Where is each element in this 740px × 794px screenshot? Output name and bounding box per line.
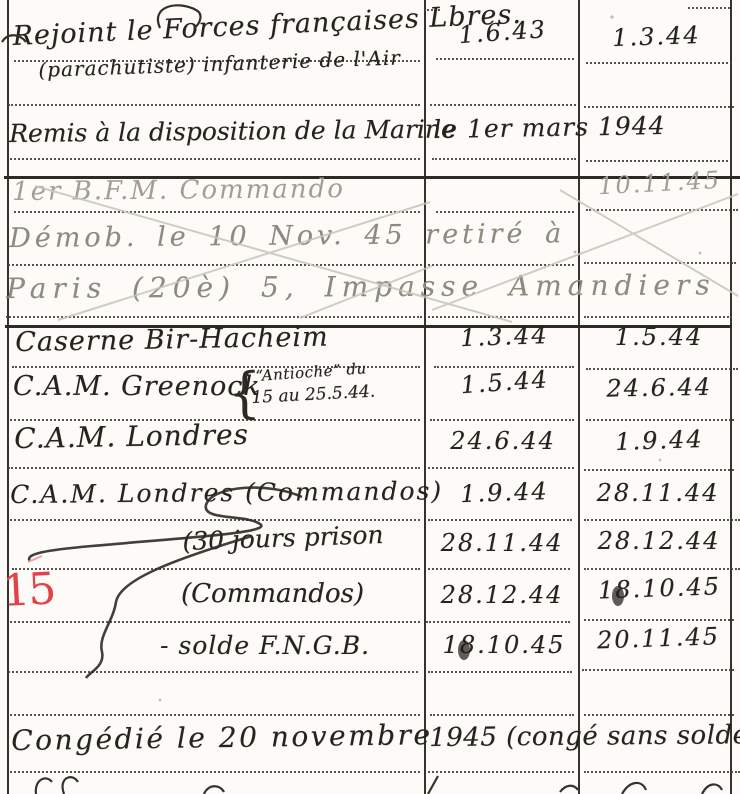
dotted-rule: [428, 671, 572, 673]
dotted-rule: [6, 316, 422, 318]
entry-4-service: Démob. le 10 Nov. 45 retiré à: [9, 219, 565, 254]
dotted-rule: [584, 519, 740, 521]
dotted-rule: [586, 419, 734, 421]
entry-12-service: - solde F.N.G.B.: [160, 632, 370, 660]
entry-10-start-date: 28.11.44: [430, 530, 574, 556]
entry-8-end-date: 1.9.44: [586, 425, 733, 456]
dotted-rule: [428, 467, 574, 469]
dotted-rule: [430, 419, 574, 421]
entry-10-service: (30 jours prison: [182, 521, 384, 556]
dotted-rule: [584, 262, 736, 264]
red-tick-mark: [28, 556, 42, 562]
dotted-rule: [8, 264, 422, 266]
entry-6-start-date: 1.3.44: [434, 321, 575, 352]
entry-13-continuation: 1945 (congé sans solde: [429, 721, 740, 752]
dotted-rule: [432, 158, 576, 160]
dotted-rule: [586, 62, 732, 64]
dotted-rule: [584, 714, 734, 716]
dotted-rule: [584, 771, 740, 773]
entry-3-end-date: 10.11.45: [584, 166, 735, 200]
margin-page-number: 15: [1, 565, 55, 616]
entry-1-end-date: 1.3.44: [584, 21, 729, 52]
dotted-rule: [428, 316, 574, 318]
entry-6-service: Caserne Bir-Hacheim: [15, 323, 329, 358]
entry-8-start-date: 24.6.44: [430, 428, 576, 454]
entry-11-start-date: 28.12.44: [430, 582, 574, 608]
entry-2-service: Remis à la disposition de la Marine: [9, 115, 456, 147]
dotted-rule: [12, 568, 420, 570]
entry-2-date: le 1er mars 1944: [433, 112, 666, 144]
bottom-partial-strokes: [36, 776, 722, 794]
dotted-rule: [436, 58, 574, 60]
dotted-rule: [584, 619, 734, 621]
entry-11-end-date: 18.10.45: [582, 573, 737, 605]
dotted-rule: [428, 771, 574, 773]
entry-5-service: Paris (20è) 5, Impasse Amandiers: [6, 270, 716, 305]
entry-7-end-date: 24.6.44: [584, 373, 734, 402]
dotted-rule: [586, 368, 738, 370]
dotted-rule: [586, 209, 738, 211]
entry-8-service: C.A.M. Londres: [14, 420, 249, 455]
dotted-rule: [688, 7, 730, 9]
entry-9-end-date: 28.11.44: [582, 480, 734, 506]
dotted-rule: [14, 211, 420, 213]
dotted-rule: [586, 160, 728, 162]
entry-7-service: C.A.M. Greenock: [13, 372, 261, 402]
entry-7-note-line2: 15 au 25.5.44.: [251, 383, 376, 408]
entry-12-end-date: 20.11.45: [580, 623, 737, 655]
dotted-rule: [8, 467, 420, 469]
dotted-rule: [584, 316, 732, 318]
dotted-rule: [8, 671, 418, 673]
dotted-rule: [10, 771, 420, 773]
entry-11-service: (Commandos): [181, 580, 364, 609]
register-page: Rejoint le Forces françaises Lbres. (par…: [0, 0, 740, 794]
dotted-rule: [426, 621, 570, 623]
dotted-rule: [10, 714, 420, 716]
entry-6-end-date: 1.5.44: [586, 324, 732, 350]
dotted-rule: [430, 104, 576, 106]
dotted-rule: [10, 158, 420, 160]
entry-3-service: 1er B.F.M. Commando: [12, 175, 345, 206]
dotted-rule: [584, 568, 740, 570]
entry-13-service: Congédié le 20 novembre: [11, 720, 433, 757]
entry-7-note-line1: “Antioche” du: [255, 360, 367, 384]
dotted-rule: [582, 669, 734, 671]
dotted-rule: [430, 714, 574, 716]
dotted-rule: [584, 106, 734, 108]
entry-9-start-date: 1.9.44: [434, 477, 575, 508]
entry-1-service-line2: (parachutiste) infanterie de l'Air: [38, 46, 401, 81]
dotted-rule: [428, 568, 570, 570]
entry-12-start-date: 18.10.45: [430, 632, 578, 658]
dotted-rule: [428, 264, 574, 266]
entry-7-start-date: 1.5.44: [436, 365, 574, 401]
dotted-rule: [584, 469, 734, 471]
entry-9-service: C.A.M. Londres (Commandos): [10, 477, 443, 508]
dotted-rule: [428, 519, 572, 521]
entry-10-end-date: 28.12.44: [582, 528, 736, 554]
dotted-rule: [8, 104, 420, 106]
dotted-rule: [10, 621, 420, 623]
dotted-rule: [436, 211, 574, 213]
